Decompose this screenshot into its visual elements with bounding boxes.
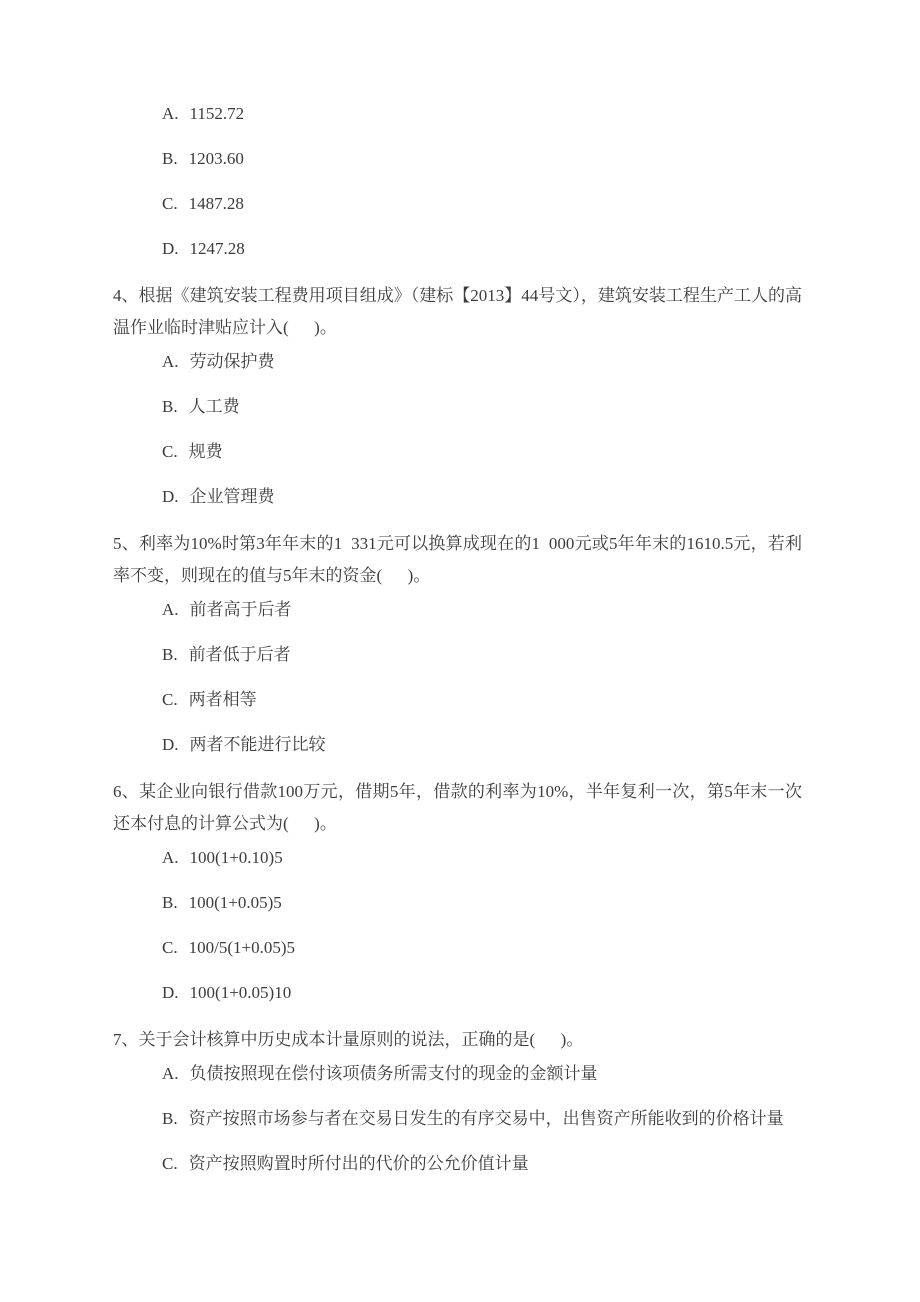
option-label: B. — [162, 149, 178, 168]
option-text: 100(1+0.10)5 — [190, 848, 283, 867]
question-stem: 5、利率为10%时第3年年末的1 331元可以换算成现在的1 000元或5年年末… — [113, 528, 802, 592]
option-text: 资产按照市场参与者在交易日发生的有序交易中，出售资产所能收到的价格计量 — [189, 1109, 784, 1128]
option-label: D. — [162, 239, 179, 258]
option-label: A. — [162, 104, 179, 123]
question-number: 5、 — [113, 534, 139, 553]
option-row: C.资产按照购置时所付出的代价的公允价值计量 — [162, 1154, 802, 1173]
option-row: D.100(1+0.05)10 — [162, 983, 802, 1002]
question-5: 5、利率为10%时第3年年末的1 331元可以换算成现在的1 000元或5年年末… — [113, 528, 802, 754]
question-stem: 6、某企业向银行借款100万元，借期5年，借款的利率为10%，半年复利一次，第5… — [113, 776, 802, 840]
question-stem: 7、关于会计核算中历史成本计量原则的说法，正确的是( )。 — [113, 1024, 802, 1056]
option-text: 1203.60 — [189, 149, 244, 168]
question-3-options: A.1152.72 B.1203.60 C.1487.28 D.1247.28 — [113, 104, 802, 258]
option-text: 1247.28 — [190, 239, 245, 258]
option-text: 1152.72 — [190, 104, 245, 123]
option-text: 负债按照现在偿付该项债务所需支付的现金的金额计量 — [190, 1064, 598, 1083]
option-text: 劳动保护费 — [190, 352, 275, 371]
question-number: 4、 — [113, 286, 139, 305]
option-label: B. — [162, 397, 178, 416]
option-text: 资产按照购置时所付出的代价的公允价值计量 — [189, 1154, 529, 1173]
exam-page: A.1152.72 B.1203.60 C.1487.28 D.1247.28 … — [0, 0, 920, 1302]
option-row: A.100(1+0.10)5 — [162, 848, 802, 867]
option-row: C.两者相等 — [162, 690, 802, 709]
option-text: 1487.28 — [189, 194, 244, 213]
option-label: D. — [162, 735, 179, 754]
option-text: 企业管理费 — [190, 487, 275, 506]
option-label: A. — [162, 1064, 179, 1083]
option-label: B. — [162, 893, 178, 912]
option-label: A. — [162, 600, 179, 619]
option-row: C.1487.28 — [162, 194, 802, 213]
question-4: 4、根据《建筑安装工程费用项目组成》（建标【2013】44号文），建筑安装工程生… — [113, 280, 802, 506]
option-text: 100(1+0.05)10 — [190, 983, 292, 1002]
question-text: 利率为10%时第3年年末的1 331元可以换算成现在的1 000元或5年年末的1… — [113, 534, 802, 585]
option-text: 人工费 — [189, 397, 240, 416]
option-row: A.前者高于后者 — [162, 600, 802, 619]
option-row: A.劳动保护费 — [162, 352, 802, 371]
option-label: C. — [162, 1154, 178, 1173]
option-row: B.1203.60 — [162, 149, 802, 168]
option-label: A. — [162, 352, 179, 371]
option-row: A.负债按照现在偿付该项债务所需支付的现金的金额计量 — [162, 1064, 802, 1083]
option-label: C. — [162, 194, 178, 213]
option-row: B.前者低于后者 — [162, 645, 802, 664]
question-text: 关于会计核算中历史成本计量原则的说法，正确的是( )。 — [139, 1030, 584, 1049]
option-row: B.资产按照市场参与者在交易日发生的有序交易中，出售资产所能收到的价格计量 — [162, 1109, 802, 1128]
option-label: D. — [162, 487, 179, 506]
option-text: 前者高于后者 — [190, 600, 292, 619]
option-row: D.企业管理费 — [162, 487, 802, 506]
option-text: 规费 — [189, 442, 223, 461]
option-label: D. — [162, 983, 179, 1002]
option-text: 100/5(1+0.05)5 — [189, 938, 295, 957]
option-row: D.两者不能进行比较 — [162, 735, 802, 754]
question-text: 根据《建筑安装工程费用项目组成》（建标【2013】44号文），建筑安装工程生产工… — [113, 286, 802, 337]
question-6: 6、某企业向银行借款100万元，借期5年，借款的利率为10%，半年复利一次，第5… — [113, 776, 802, 1002]
option-label: C. — [162, 938, 178, 957]
option-label: C. — [162, 442, 178, 461]
option-row: D.1247.28 — [162, 239, 802, 258]
option-label: B. — [162, 1109, 178, 1128]
option-row: B.100(1+0.05)5 — [162, 893, 802, 912]
option-label: C. — [162, 690, 178, 709]
option-row: C.100/5(1+0.05)5 — [162, 938, 802, 957]
question-7: 7、关于会计核算中历史成本计量原则的说法，正确的是( )。 A.负债按照现在偿付… — [113, 1024, 802, 1173]
option-text: 前者低于后者 — [189, 645, 291, 664]
question-number: 6、 — [113, 782, 139, 801]
option-row: C.规费 — [162, 442, 802, 461]
question-text: 某企业向银行借款100万元，借期5年，借款的利率为10%，半年复利一次，第5年末… — [113, 782, 802, 833]
option-text: 100(1+0.05)5 — [189, 893, 282, 912]
option-text: 两者相等 — [189, 690, 257, 709]
question-number: 7、 — [113, 1030, 139, 1049]
option-label: A. — [162, 848, 179, 867]
option-label: B. — [162, 645, 178, 664]
option-row: B.人工费 — [162, 397, 802, 416]
option-row: A.1152.72 — [162, 104, 802, 123]
option-text: 两者不能进行比较 — [190, 735, 326, 754]
question-stem: 4、根据《建筑安装工程费用项目组成》（建标【2013】44号文），建筑安装工程生… — [113, 280, 802, 344]
